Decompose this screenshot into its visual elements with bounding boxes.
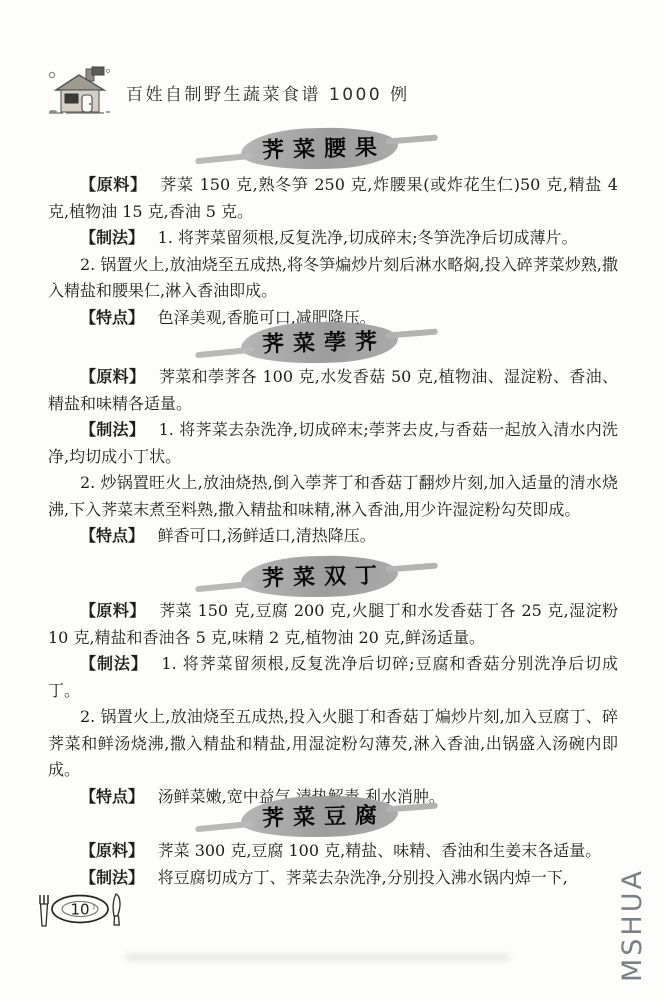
- recipe-paragraph: 【原料】荠菜 300 克,豆腐 100 克,精盐、味精、香油和生姜末各适量。: [48, 838, 618, 865]
- paragraph-text: 鲜香可口,汤鲜适口,清热降压。: [158, 526, 376, 545]
- paragraph-label: 【制法】: [80, 228, 144, 247]
- page-number-plate: 10: [32, 886, 128, 934]
- recipe-title-block: 荠菜腰果: [0, 128, 664, 169]
- paragraph-text: 将豆腐切成方丁、荠菜去杂洗净,分别投入沸水锅内焯一下,: [158, 868, 568, 887]
- recipe-title-4: 荠菜豆腐: [241, 794, 399, 839]
- knife-icon: [113, 894, 120, 925]
- page-header: 百姓自制野生蔬菜食谱 1000 例: [46, 66, 410, 118]
- house-icon: [46, 66, 112, 118]
- paragraph-label: 【制法】: [80, 654, 148, 673]
- recipe-title-block: 荠菜荸荠: [0, 322, 664, 363]
- recipe-title-block: 荠菜豆腐: [0, 796, 664, 837]
- recipe-1: 【原料】荠菜 150 克,熟冬笋 250 克,炸腰果(或炸花生仁)50 克,精盐…: [48, 172, 618, 331]
- recipe-title-1: 荠菜腰果: [241, 126, 399, 171]
- paragraph-text: 1. 将荠菜留须根,反复洗净,切成碎末;冬笋洗净后切成薄片。: [158, 228, 578, 247]
- recipe-paragraph: 2. 锅置火上,放油烧至五成热,将冬笋煸炒片刻后淋水略焖,投入碎荠菜炒熟,撒入精…: [48, 252, 618, 305]
- paragraph-text: 2. 炒锅置旺火上,放油烧热,倒入荸荠丁和香菇丁翻炒片刻,加入适量的清水烧沸,下…: [48, 473, 618, 519]
- recipe-2: 【原料】荠菜和荸荠各 100 克,水发香菇 50 克,植物油、湿淀粉、香油、精盐…: [48, 364, 618, 550]
- paragraph-label: 【制法】: [80, 420, 145, 439]
- recipe-paragraph: 2. 锅置火上,放油烧至五成热,投入火腿丁和香菇丁煸炒片刻,加入豆腐丁、碎荠菜和…: [48, 704, 618, 784]
- recipe-paragraph: 【原料】荠菜 150 克,熟冬笋 250 克,炸腰果(或炸花生仁)50 克,精盐…: [48, 172, 618, 225]
- paragraph-text: 2. 锅置火上,放油烧至五成热,将冬笋煸炒片刻后淋水略焖,投入碎荠菜炒熟,撒入精…: [48, 255, 618, 301]
- recipe-paragraph: 【原料】荠菜和荸荠各 100 克,水发香菇 50 克,植物油、湿淀粉、香油、精盐…: [48, 364, 618, 417]
- paragraph-label: 【原料】: [80, 175, 147, 194]
- paragraph-label: 【制法】: [80, 868, 144, 887]
- watermark-text: MSHUA: [616, 850, 650, 1000]
- recipe-paragraph: 【原料】荠菜 150 克,豆腐 200 克,火腿丁和水发香菇丁各 25 克,湿淀…: [48, 598, 618, 651]
- recipe-paragraph: 【制法】将豆腐切成方丁、荠菜去杂洗净,分别投入沸水锅内焯一下,: [48, 865, 618, 892]
- recipe-paragraph: 【制法】1. 将荠菜去杂洗净,切成碎末;荸荠去皮,与香菇一起放入清水内洗净,均切…: [48, 417, 618, 470]
- recipe-paragraph: 【制法】1. 将荠菜留须根,反复洗净后切碎;豆腐和香菇分别洗净后切成丁。: [48, 651, 618, 704]
- paragraph-label: 【原料】: [80, 367, 145, 386]
- page-number: 10: [70, 900, 89, 918]
- book-title: 百姓自制野生蔬菜食谱 1000 例: [126, 80, 410, 105]
- recipe-title-3: 荠菜双丁: [241, 554, 399, 599]
- recipe-title-block: 荠菜双丁: [0, 556, 664, 597]
- recipe-title-2: 荠菜荸荠: [241, 320, 399, 365]
- paragraph-label: 【原料】: [80, 601, 146, 620]
- recipe-4: 【原料】荠菜 300 克,豆腐 100 克,精盐、味精、香油和生姜末各适量。 【…: [48, 838, 618, 891]
- recipe-paragraph: 【特点】鲜香可口,汤鲜适口,清热降压。: [48, 523, 618, 550]
- recipe-paragraph: 2. 炒锅置旺火上,放油烧热,倒入荸荠丁和香菇丁翻炒片刻,加入适量的清水烧沸,下…: [48, 470, 618, 523]
- paragraph-label: 【原料】: [80, 841, 144, 860]
- fork-icon: [40, 895, 48, 926]
- recipe-paragraph: 【制法】1. 将荠菜留须根,反复洗净,切成碎末;冬笋洗净后切成薄片。: [48, 225, 618, 252]
- paragraph-label: 【特点】: [80, 526, 144, 545]
- paragraph-text: 荠菜 300 克,豆腐 100 克,精盐、味精、香油和生姜末各适量。: [158, 841, 602, 860]
- recipe-3: 【原料】荠菜 150 克,豆腐 200 克,火腿丁和水发香菇丁各 25 克,湿淀…: [48, 598, 618, 810]
- paragraph-text: 2. 锅置火上,放油烧至五成热,投入火腿丁和香菇丁煸炒片刻,加入豆腐丁、碎荠菜和…: [48, 707, 618, 779]
- scan-artifact: [125, 953, 510, 962]
